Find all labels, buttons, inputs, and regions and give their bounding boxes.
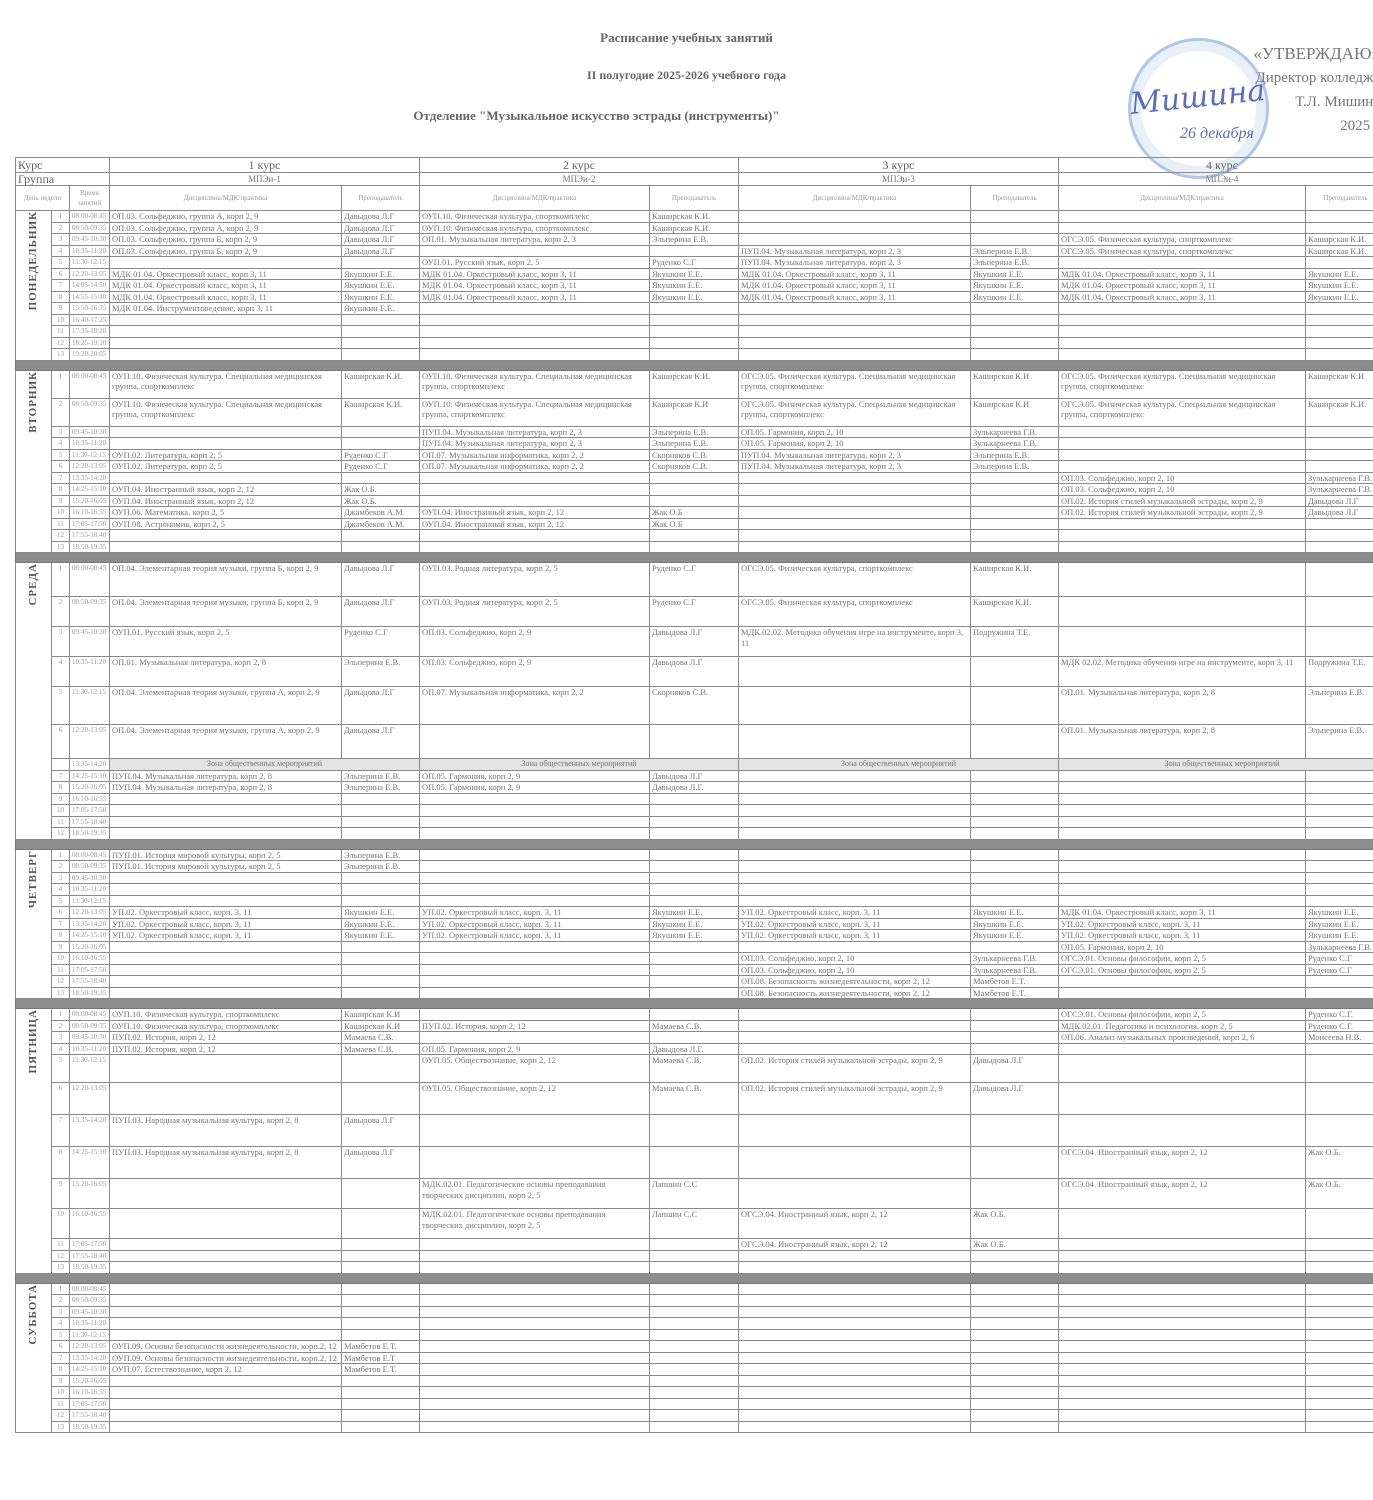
teacher-cell bbox=[1306, 1352, 1373, 1364]
discipline-cell bbox=[1059, 895, 1306, 907]
teacher-cell bbox=[1306, 895, 1373, 907]
discipline-cell bbox=[1059, 541, 1306, 553]
lesson-number: 5 bbox=[52, 687, 70, 725]
teacher-cell: Каширская К.И. bbox=[650, 211, 739, 223]
teacher-cell: Зулькарнеева Г.В. bbox=[971, 964, 1059, 976]
lesson-number: 7 bbox=[52, 472, 70, 484]
teacher-cell bbox=[971, 1250, 1059, 1262]
discipline-cell: ПУП.04. Музыкальная литература, корп 2, … bbox=[739, 245, 971, 257]
lesson-number: 11 bbox=[52, 326, 70, 338]
discipline-cell: УП.02. Оркестровый класс, корп. 3, 11 bbox=[420, 907, 650, 919]
discipline-cell bbox=[110, 541, 342, 553]
teacher-cell bbox=[342, 1306, 420, 1318]
teacher-cell bbox=[971, 770, 1059, 782]
teacher-cell bbox=[971, 1179, 1059, 1209]
teacher-cell bbox=[971, 495, 1059, 507]
lesson-number: 13 bbox=[52, 349, 70, 361]
discipline-cell bbox=[110, 884, 342, 896]
lesson-row: 1016:10-16:55ОУП.06. Математика, корп 2,… bbox=[16, 507, 1373, 519]
teacher-cell bbox=[342, 438, 420, 450]
time-slot: 15:50-16:35 bbox=[70, 303, 110, 315]
discipline-cell: ОП.02. История стилей музыкальной эстрад… bbox=[739, 1055, 971, 1083]
teacher-cell: Эльперина Е.В. bbox=[1306, 687, 1373, 725]
lesson-row: 1318:50-19:35 bbox=[16, 1262, 1373, 1274]
lesson-number: 1 bbox=[52, 370, 70, 398]
discipline-cell bbox=[110, 1209, 342, 1239]
time-slot: 12:20-13:05 bbox=[70, 268, 110, 280]
teacher-cell: Руденко С.Г bbox=[650, 563, 739, 597]
discipline-cell bbox=[420, 303, 650, 315]
teacher-cell bbox=[342, 1387, 420, 1399]
day-name: ПОНЕДЕЛЬНИК bbox=[28, 211, 39, 310]
teacher-cell bbox=[342, 257, 420, 269]
teacher-cell bbox=[1306, 438, 1373, 450]
time-slot: 15:20-16:05 bbox=[70, 782, 110, 794]
lesson-number: 6 bbox=[52, 907, 70, 919]
time-slot: 16:10-16:55 bbox=[70, 1209, 110, 1239]
teacher-cell bbox=[971, 687, 1059, 725]
document-title: Расписание учебных занятий bbox=[0, 30, 1373, 46]
lesson-row: 814:55-15:40МДК 01.04. Оркестровый класс… bbox=[16, 291, 1373, 303]
discipline-cell bbox=[420, 861, 650, 873]
teacher-cell: Эльперина Е.В. bbox=[342, 657, 420, 687]
discipline-cell bbox=[739, 782, 971, 794]
teacher-cell: Руденко С.Г bbox=[650, 257, 739, 269]
time-slot: 11:30-12:15 bbox=[70, 449, 110, 461]
discipline-cell: ОП.03. Сольфеджио, группа Б, корп 2, 9 bbox=[110, 234, 342, 246]
discipline-cell bbox=[1059, 770, 1306, 782]
teacher-cell bbox=[971, 349, 1059, 361]
discipline-cell bbox=[1059, 518, 1306, 530]
teacher-cell bbox=[1306, 314, 1373, 326]
discipline-cell bbox=[739, 725, 971, 759]
lesson-row: 1217:55-18:40 bbox=[16, 1250, 1373, 1262]
time-slot: 14:25-15:10 bbox=[70, 770, 110, 782]
discipline-cell bbox=[1059, 303, 1306, 315]
lesson-number: 10 bbox=[52, 805, 70, 817]
teacher-cell: Якушкин Е.Е. bbox=[342, 930, 420, 942]
public-events-row: 13:35-14:20Зона общественных мероприятий… bbox=[16, 759, 1373, 771]
discipline-cell bbox=[420, 884, 650, 896]
discipline-cell bbox=[1059, 461, 1306, 473]
teacher-cell bbox=[650, 1032, 739, 1044]
time-slot: 17:55-18:40 bbox=[70, 530, 110, 542]
discipline-cell bbox=[739, 1043, 971, 1055]
teacher-cell: Каширская К.И. bbox=[650, 222, 739, 234]
schedule-body: ПОНЕДЕЛЬНИК108:00-08:45ОП.03. Сольфеджио… bbox=[16, 211, 1373, 1433]
discipline-cell: ОУП.08. Астрономия, корп 2, 5 bbox=[110, 518, 342, 530]
teacher-cell: Якушкин Е.Е. bbox=[971, 930, 1059, 942]
discipline-cell: МДК 01.04. Оркестровый класс, корп 3, 11 bbox=[1059, 291, 1306, 303]
teacher-cell bbox=[650, 1387, 739, 1399]
lesson-number: 7 bbox=[52, 280, 70, 292]
discipline-cell bbox=[110, 1083, 342, 1115]
time-slot: 17:55-18:40 bbox=[70, 1410, 110, 1422]
teacher-cell: Давыдова Л.Г bbox=[342, 1115, 420, 1147]
discipline-cell bbox=[739, 1295, 971, 1307]
discipline-cell bbox=[1059, 326, 1306, 338]
teacher-cell bbox=[1306, 872, 1373, 884]
discipline-cell: ПУП.03. Народная музыкальная культура, к… bbox=[110, 1147, 342, 1179]
discipline-cell bbox=[420, 1262, 650, 1274]
lesson-row: 714:25-15:10ПУП.04. Музыкальная литерату… bbox=[16, 770, 1373, 782]
time-slot: 17:55-18:40 bbox=[70, 816, 110, 828]
discipline-cell bbox=[420, 1295, 650, 1307]
teacher-cell bbox=[650, 816, 739, 828]
lesson-number: 3 bbox=[52, 872, 70, 884]
teacher-cell bbox=[342, 964, 420, 976]
teacher-cell bbox=[342, 1239, 420, 1251]
lesson-number: 5 bbox=[52, 1055, 70, 1083]
teacher-cell bbox=[971, 1341, 1059, 1353]
discipline-cell bbox=[739, 1387, 971, 1399]
day-name: СУББОТА bbox=[28, 1284, 39, 1345]
discipline-cell bbox=[1059, 438, 1306, 450]
time-slot: 18:50-19:35 bbox=[70, 541, 110, 553]
discipline-cell bbox=[739, 1009, 971, 1021]
lesson-number: 11 bbox=[52, 518, 70, 530]
teacher-cell: Джамбеков А.М. bbox=[342, 518, 420, 530]
lesson-row: 1117:05-17:50 bbox=[16, 1398, 1373, 1410]
discipline-cell bbox=[1059, 976, 1306, 988]
discipline-cell: ОГСЭ.05. Физическая культура, спорткомпл… bbox=[1059, 234, 1306, 246]
lesson-row: 309:45-10:30ПУП.02. История, корп 2, 12М… bbox=[16, 1032, 1373, 1044]
discipline-cell: ОУП.10. Физическая культура, спорткомпле… bbox=[110, 1020, 342, 1032]
group-1: МПЭи-1 bbox=[110, 173, 420, 186]
discipline-cell: ОГСЭ.01. Основы философии, корп 2, 5 bbox=[1059, 1009, 1306, 1021]
teacher-cell: Эльперина Е.В. bbox=[650, 438, 739, 450]
teacher-cell: Мамаева С.В. bbox=[650, 1020, 739, 1032]
teacher-cell bbox=[971, 782, 1059, 794]
lesson-number: 10 bbox=[52, 953, 70, 965]
teacher-cell bbox=[1306, 976, 1373, 988]
teacher-cell: Якушкин Е.Е. bbox=[650, 918, 739, 930]
lesson-number: 2 bbox=[52, 1295, 70, 1307]
lesson-number: 5 bbox=[52, 257, 70, 269]
teacher-cell bbox=[971, 326, 1059, 338]
discipline-cell bbox=[739, 1032, 971, 1044]
lesson-number: 12 bbox=[52, 337, 70, 349]
lesson-number: 9 bbox=[52, 495, 70, 507]
lesson-row: 1016:40-17:25 bbox=[16, 314, 1373, 326]
discipline-cell bbox=[110, 895, 342, 907]
time-slot: 08:50-09:35 bbox=[70, 222, 110, 234]
discipline-cell: ОУП.01. Русский язык, корп 2, 5 bbox=[420, 257, 650, 269]
discipline-cell: УП.02. Оркестровый класс, корп. 3, 11 bbox=[739, 918, 971, 930]
discipline-cell bbox=[1059, 1250, 1306, 1262]
time-slot: 16:40-17:25 bbox=[70, 314, 110, 326]
teacher-cell: Эльперина Е.В. bbox=[971, 245, 1059, 257]
discipline-cell bbox=[739, 234, 971, 246]
time-slot: 10:35-11:20 bbox=[70, 438, 110, 450]
lesson-row: 915:20-16:05 bbox=[16, 1375, 1373, 1387]
discipline-cell bbox=[739, 326, 971, 338]
teacher-cell bbox=[1306, 1043, 1373, 1055]
teacher-cell bbox=[971, 1410, 1059, 1422]
lesson-number: 13 bbox=[52, 1421, 70, 1433]
lesson-number: 7 bbox=[52, 770, 70, 782]
time-slot: 08:50-09:35 bbox=[70, 1020, 110, 1032]
teacher-cell bbox=[1306, 1421, 1373, 1433]
teacher-cell bbox=[1306, 861, 1373, 873]
discipline-cell: ОУП.10. Физическая культура, спорткомпле… bbox=[420, 222, 650, 234]
discipline-cell: ОП.04. Элементарная теория музыки, групп… bbox=[110, 725, 342, 759]
teacher-cell bbox=[342, 1318, 420, 1330]
course-4: 4 курс bbox=[1059, 158, 1373, 173]
lesson-row: 713:35-14:20УП.02. Оркестровый класс, ко… bbox=[16, 918, 1373, 930]
discipline-cell: УП.02. Оркестровый класс, корп. 3, 11 bbox=[739, 930, 971, 942]
discipline-cell bbox=[1059, 1341, 1306, 1353]
time-slot: 11:30-12:15 bbox=[70, 1055, 110, 1083]
discipline-cell: ПУП.04. Музыкальная литература, корп 2, … bbox=[420, 426, 650, 438]
lesson-row: 1117:05-17:50ОУП.08. Астрономия, корп 2,… bbox=[16, 518, 1373, 530]
teacher-cell bbox=[650, 314, 739, 326]
teacher-cell: Эльперина Е.В. bbox=[650, 426, 739, 438]
teacher-cell: Зулькарнеева Г.В. bbox=[971, 426, 1059, 438]
teacher-cell bbox=[342, 976, 420, 988]
time-slot: 19:20-20:05 bbox=[70, 349, 110, 361]
time-slot: 16:10-16:55 bbox=[70, 953, 110, 965]
teacher-cell bbox=[342, 530, 420, 542]
discipline-cell bbox=[110, 314, 342, 326]
time-slot: 10:35-11:20 bbox=[70, 245, 110, 257]
teacher-cell: Якушкин Е.Е. bbox=[342, 291, 420, 303]
teacher-cell: Жак О.Б. bbox=[971, 1239, 1059, 1251]
discipline-cell bbox=[739, 1410, 971, 1422]
teacher-cell bbox=[1306, 449, 1373, 461]
teacher-cell bbox=[971, 1364, 1059, 1376]
lesson-number: 13 bbox=[52, 541, 70, 553]
discipline-cell: ПУП.02. История, корп 2, 12 bbox=[110, 1032, 342, 1044]
lesson-row: 410:35-11:20 bbox=[16, 1318, 1373, 1330]
day-separator bbox=[16, 999, 1373, 1009]
teacher-cell: Давыдова Л.Г bbox=[342, 222, 420, 234]
teacher-cell: Давыдова Л.Г bbox=[1306, 495, 1373, 507]
teacher-cell bbox=[1306, 563, 1373, 597]
discipline-cell: ОУП.10. Физическая культура, спорткомпле… bbox=[110, 1009, 342, 1021]
teacher-cell: Каширская К.И. bbox=[1306, 245, 1373, 257]
lesson-number: 11 bbox=[52, 1239, 70, 1251]
lesson-number: 5 bbox=[52, 1329, 70, 1341]
lesson-number: 11 bbox=[52, 816, 70, 828]
time-slot: 12:20-13:05 bbox=[70, 461, 110, 473]
discipline-cell bbox=[110, 472, 342, 484]
teacher-cell bbox=[650, 1295, 739, 1307]
teacher-cell: Якушкин Е.Е. bbox=[1306, 918, 1373, 930]
teacher-cell: Каширская К.И bbox=[971, 398, 1059, 426]
approval-heading: «УТВЕРЖДАЮ» bbox=[1180, 42, 1373, 66]
lesson-number: 1 bbox=[52, 849, 70, 861]
discipline-cell bbox=[1059, 211, 1306, 223]
discipline-cell bbox=[420, 530, 650, 542]
discipline-cell bbox=[1059, 828, 1306, 840]
discipline-cell bbox=[1059, 1410, 1306, 1422]
time-slot: 11:30-12:15 bbox=[70, 257, 110, 269]
teacher-cell: Каширская К.И. bbox=[342, 398, 420, 426]
discipline-cell: ОУП.02. Литература, корп 2, 5 bbox=[110, 461, 342, 473]
discipline-cell: ОП.07. Музыкальная информатика, корп 2, … bbox=[420, 461, 650, 473]
teacher-cell bbox=[1306, 782, 1373, 794]
teacher-cell bbox=[971, 234, 1059, 246]
lesson-number: 1 bbox=[52, 1283, 70, 1295]
discipline-cell: ОУП.10. Физическая культура. Специальная… bbox=[420, 370, 650, 398]
discipline-cell bbox=[420, 1239, 650, 1251]
discipline-cell bbox=[420, 1329, 650, 1341]
teacher-cell bbox=[1306, 1398, 1373, 1410]
teacher-cell: Мамбетов Е.Т. bbox=[342, 1341, 420, 1353]
teacher-cell bbox=[971, 895, 1059, 907]
schedule-table: Курс 1 курс 2 курс 3 курс 4 курс Группа … bbox=[15, 157, 1373, 1433]
teacher-cell bbox=[650, 1262, 739, 1274]
lesson-row: 1217:55-18:40ОП.08. Безопасность жизнеде… bbox=[16, 976, 1373, 988]
discipline-cell: МДК.02.02. Методика обучения игре на инс… bbox=[739, 627, 971, 657]
discipline-cell bbox=[1059, 314, 1306, 326]
time-slot: 17:55-18:40 bbox=[70, 976, 110, 988]
teacher-cell bbox=[650, 976, 739, 988]
discipline-cell: ОГСЭ.04. Иностранный язык, корп 2, 12 bbox=[1059, 1179, 1306, 1209]
teacher-cell bbox=[1306, 770, 1373, 782]
discipline-cell: ОП.06. Анализ музыкальных произведений, … bbox=[1059, 1032, 1306, 1044]
teacher-cell: Мамаева С.В. bbox=[650, 1083, 739, 1115]
discipline-cell: ОГСЭ.05. Физическая культура. Специальна… bbox=[1059, 398, 1306, 426]
teacher-cell bbox=[1306, 987, 1373, 999]
teacher-cell bbox=[971, 805, 1059, 817]
teacher-cell bbox=[1306, 1306, 1373, 1318]
discipline-cell bbox=[739, 657, 971, 687]
time-slot: 10:35-11:20 bbox=[70, 884, 110, 896]
discipline-cell bbox=[1059, 449, 1306, 461]
discipline-cell bbox=[420, 816, 650, 828]
teacher-cell: Руденко С.Г bbox=[1306, 953, 1373, 965]
teacher-cell bbox=[650, 828, 739, 840]
lesson-row: 713:35-14:20ОП.03. Сольфеджио, корп 2, 1… bbox=[16, 472, 1373, 484]
lesson-number: 12 bbox=[52, 828, 70, 840]
discipline-cell: ОП.05. Гармония, корп 2, 9 bbox=[420, 770, 650, 782]
discipline-cell bbox=[110, 1318, 342, 1330]
teacher-cell: Мамбетов Е.Т. bbox=[971, 976, 1059, 988]
discipline-cell bbox=[739, 895, 971, 907]
teacher-cell: Давыдова Л.Г bbox=[342, 245, 420, 257]
lesson-number: 3 bbox=[52, 1306, 70, 1318]
discipline-cell: ОУП.05. Обществознание, корп 2, 12 bbox=[420, 1083, 650, 1115]
teacher-cell bbox=[1306, 1329, 1373, 1341]
discipline-cell bbox=[1059, 1239, 1306, 1251]
discipline-cell bbox=[739, 1398, 971, 1410]
discipline-cell: ОУП.03. Родная литература, корп 2, 5 bbox=[420, 563, 650, 597]
discipline-cell bbox=[420, 1421, 650, 1433]
day-separator bbox=[16, 553, 1373, 563]
discipline-cell: УП.02. Оркестровый класс, корп. 3, 11 bbox=[739, 907, 971, 919]
lesson-number: 9 bbox=[52, 793, 70, 805]
teacher-cell bbox=[342, 426, 420, 438]
teacher-cell: Скорняков С.В. bbox=[650, 687, 739, 725]
discipline-cell: ОП.04. Элементарная теория музыки, групп… bbox=[110, 597, 342, 627]
discipline-cell: ОГСЭ.01. Основы философии, корп 2, 5 bbox=[1059, 953, 1306, 965]
lesson-row: 1218:25-19:10 bbox=[16, 337, 1373, 349]
teacher-cell: Якушкин Е.Е. bbox=[971, 918, 1059, 930]
teacher-cell bbox=[650, 1147, 739, 1179]
discipline-cell: ОП.07. Музыкальная информатика, корп 2, … bbox=[420, 687, 650, 725]
teacher-cell bbox=[1306, 805, 1373, 817]
teacher-cell bbox=[650, 1318, 739, 1330]
discipline-cell: МДК 01.04. Инструментоведение, корп 3, 1… bbox=[110, 303, 342, 315]
discipline-cell bbox=[420, 326, 650, 338]
discipline-cell bbox=[420, 541, 650, 553]
teacher-cell bbox=[1306, 1209, 1373, 1239]
time-slot: 18:50-19:35 bbox=[70, 828, 110, 840]
teacher-cell bbox=[1306, 1341, 1373, 1353]
time-slot: 17:05-17:50 bbox=[70, 805, 110, 817]
discipline-cell bbox=[739, 472, 971, 484]
discipline-cell bbox=[420, 495, 650, 507]
discipline-cell bbox=[739, 1115, 971, 1147]
teacher-cell: Моисеева Н.В. bbox=[1306, 1032, 1373, 1044]
teacher-cell bbox=[971, 657, 1059, 687]
discipline-cell bbox=[420, 245, 650, 257]
teacher-cell: Зулькарнеева Г.В. bbox=[1306, 484, 1373, 496]
teacher-cell bbox=[971, 1352, 1059, 1364]
group-4: МПЭи-4 bbox=[1059, 173, 1373, 186]
approval-date: 26 декабря bbox=[1180, 125, 1254, 143]
lesson-row: 208:50-09:35ОУП.10. Физическая культура.… bbox=[16, 398, 1373, 426]
teacher-cell bbox=[650, 1306, 739, 1318]
discipline-cell: ОУП.01. Русский язык, корп 2, 5 bbox=[110, 627, 342, 657]
discipline-cell bbox=[1059, 849, 1306, 861]
teacher-cell bbox=[971, 1283, 1059, 1295]
time-slot: 17:05-17:50 bbox=[70, 518, 110, 530]
discipline-cell bbox=[739, 941, 971, 953]
discipline-cell bbox=[739, 495, 971, 507]
lesson-row: 410:35-11:20 bbox=[16, 884, 1373, 896]
discipline-cell: ОП.01. Музыкальная литература, корп 2, 3 bbox=[420, 234, 650, 246]
discipline-cell: ОУП.04. Иностранный язык, корп 2, 12 bbox=[110, 495, 342, 507]
time-slot: 18:50-19:35 bbox=[70, 1262, 110, 1274]
discipline-cell bbox=[739, 1020, 971, 1032]
discipline-cell: ОГСЭ.04. Иностранный язык, корп 2, 12 bbox=[1059, 1147, 1306, 1179]
group-3: МПЭи-3 bbox=[739, 173, 1059, 186]
discipline-cell: ОП.03. Сольфеджио, группа Б, корп 2, 9 bbox=[110, 245, 342, 257]
teacher-cell bbox=[1306, 849, 1373, 861]
discipline-cell bbox=[739, 1352, 971, 1364]
time-slot: 14:05-14:50 bbox=[70, 280, 110, 292]
discipline-cell bbox=[420, 337, 650, 349]
group-2: МПЭи-2 bbox=[420, 173, 739, 186]
discipline-cell: УП.02. Оркестровый класс, корп. 3, 11 bbox=[110, 930, 342, 942]
time-slot: 15:20-16:05 bbox=[70, 1179, 110, 1209]
teacher-cell bbox=[971, 518, 1059, 530]
teacher-cell bbox=[971, 828, 1059, 840]
discipline-cell: ОП.08. Безопасность жизнедеятельности, к… bbox=[739, 987, 971, 999]
lesson-row: 612:20-13:05ОУП.05. Обществознание, корп… bbox=[16, 1083, 1373, 1115]
discipline-cell bbox=[739, 1421, 971, 1433]
discipline-cell bbox=[110, 1329, 342, 1341]
teacher-cell: Эльперина Е.В. bbox=[342, 861, 420, 873]
discipline-cell: ОП.03. Сольфеджио, корп 2, 10 bbox=[1059, 472, 1306, 484]
teacher-cell bbox=[971, 484, 1059, 496]
teacher-cell bbox=[971, 1295, 1059, 1307]
lesson-row: 309:45-10:30 bbox=[16, 872, 1373, 884]
teacher-cell: Зулькарнеева Г.В. bbox=[971, 953, 1059, 965]
discipline-cell bbox=[1059, 1083, 1306, 1115]
discipline-col-header: Дисциплина/МДК/практика bbox=[420, 186, 650, 211]
lesson-row: 208:50-09:35ПУП.01. История мировой куль… bbox=[16, 861, 1373, 873]
discipline-cell: ОП.03. Сольфеджио, корп 2, 9 bbox=[420, 627, 650, 657]
teacher-cell bbox=[650, 1421, 739, 1433]
discipline-cell bbox=[110, 1421, 342, 1433]
lesson-row: 410:35-11:20ПУП.02. История, корп 2, 12М… bbox=[16, 1043, 1373, 1055]
teacher-cell bbox=[650, 245, 739, 257]
lesson-row: 1218:50-19:35 bbox=[16, 828, 1373, 840]
